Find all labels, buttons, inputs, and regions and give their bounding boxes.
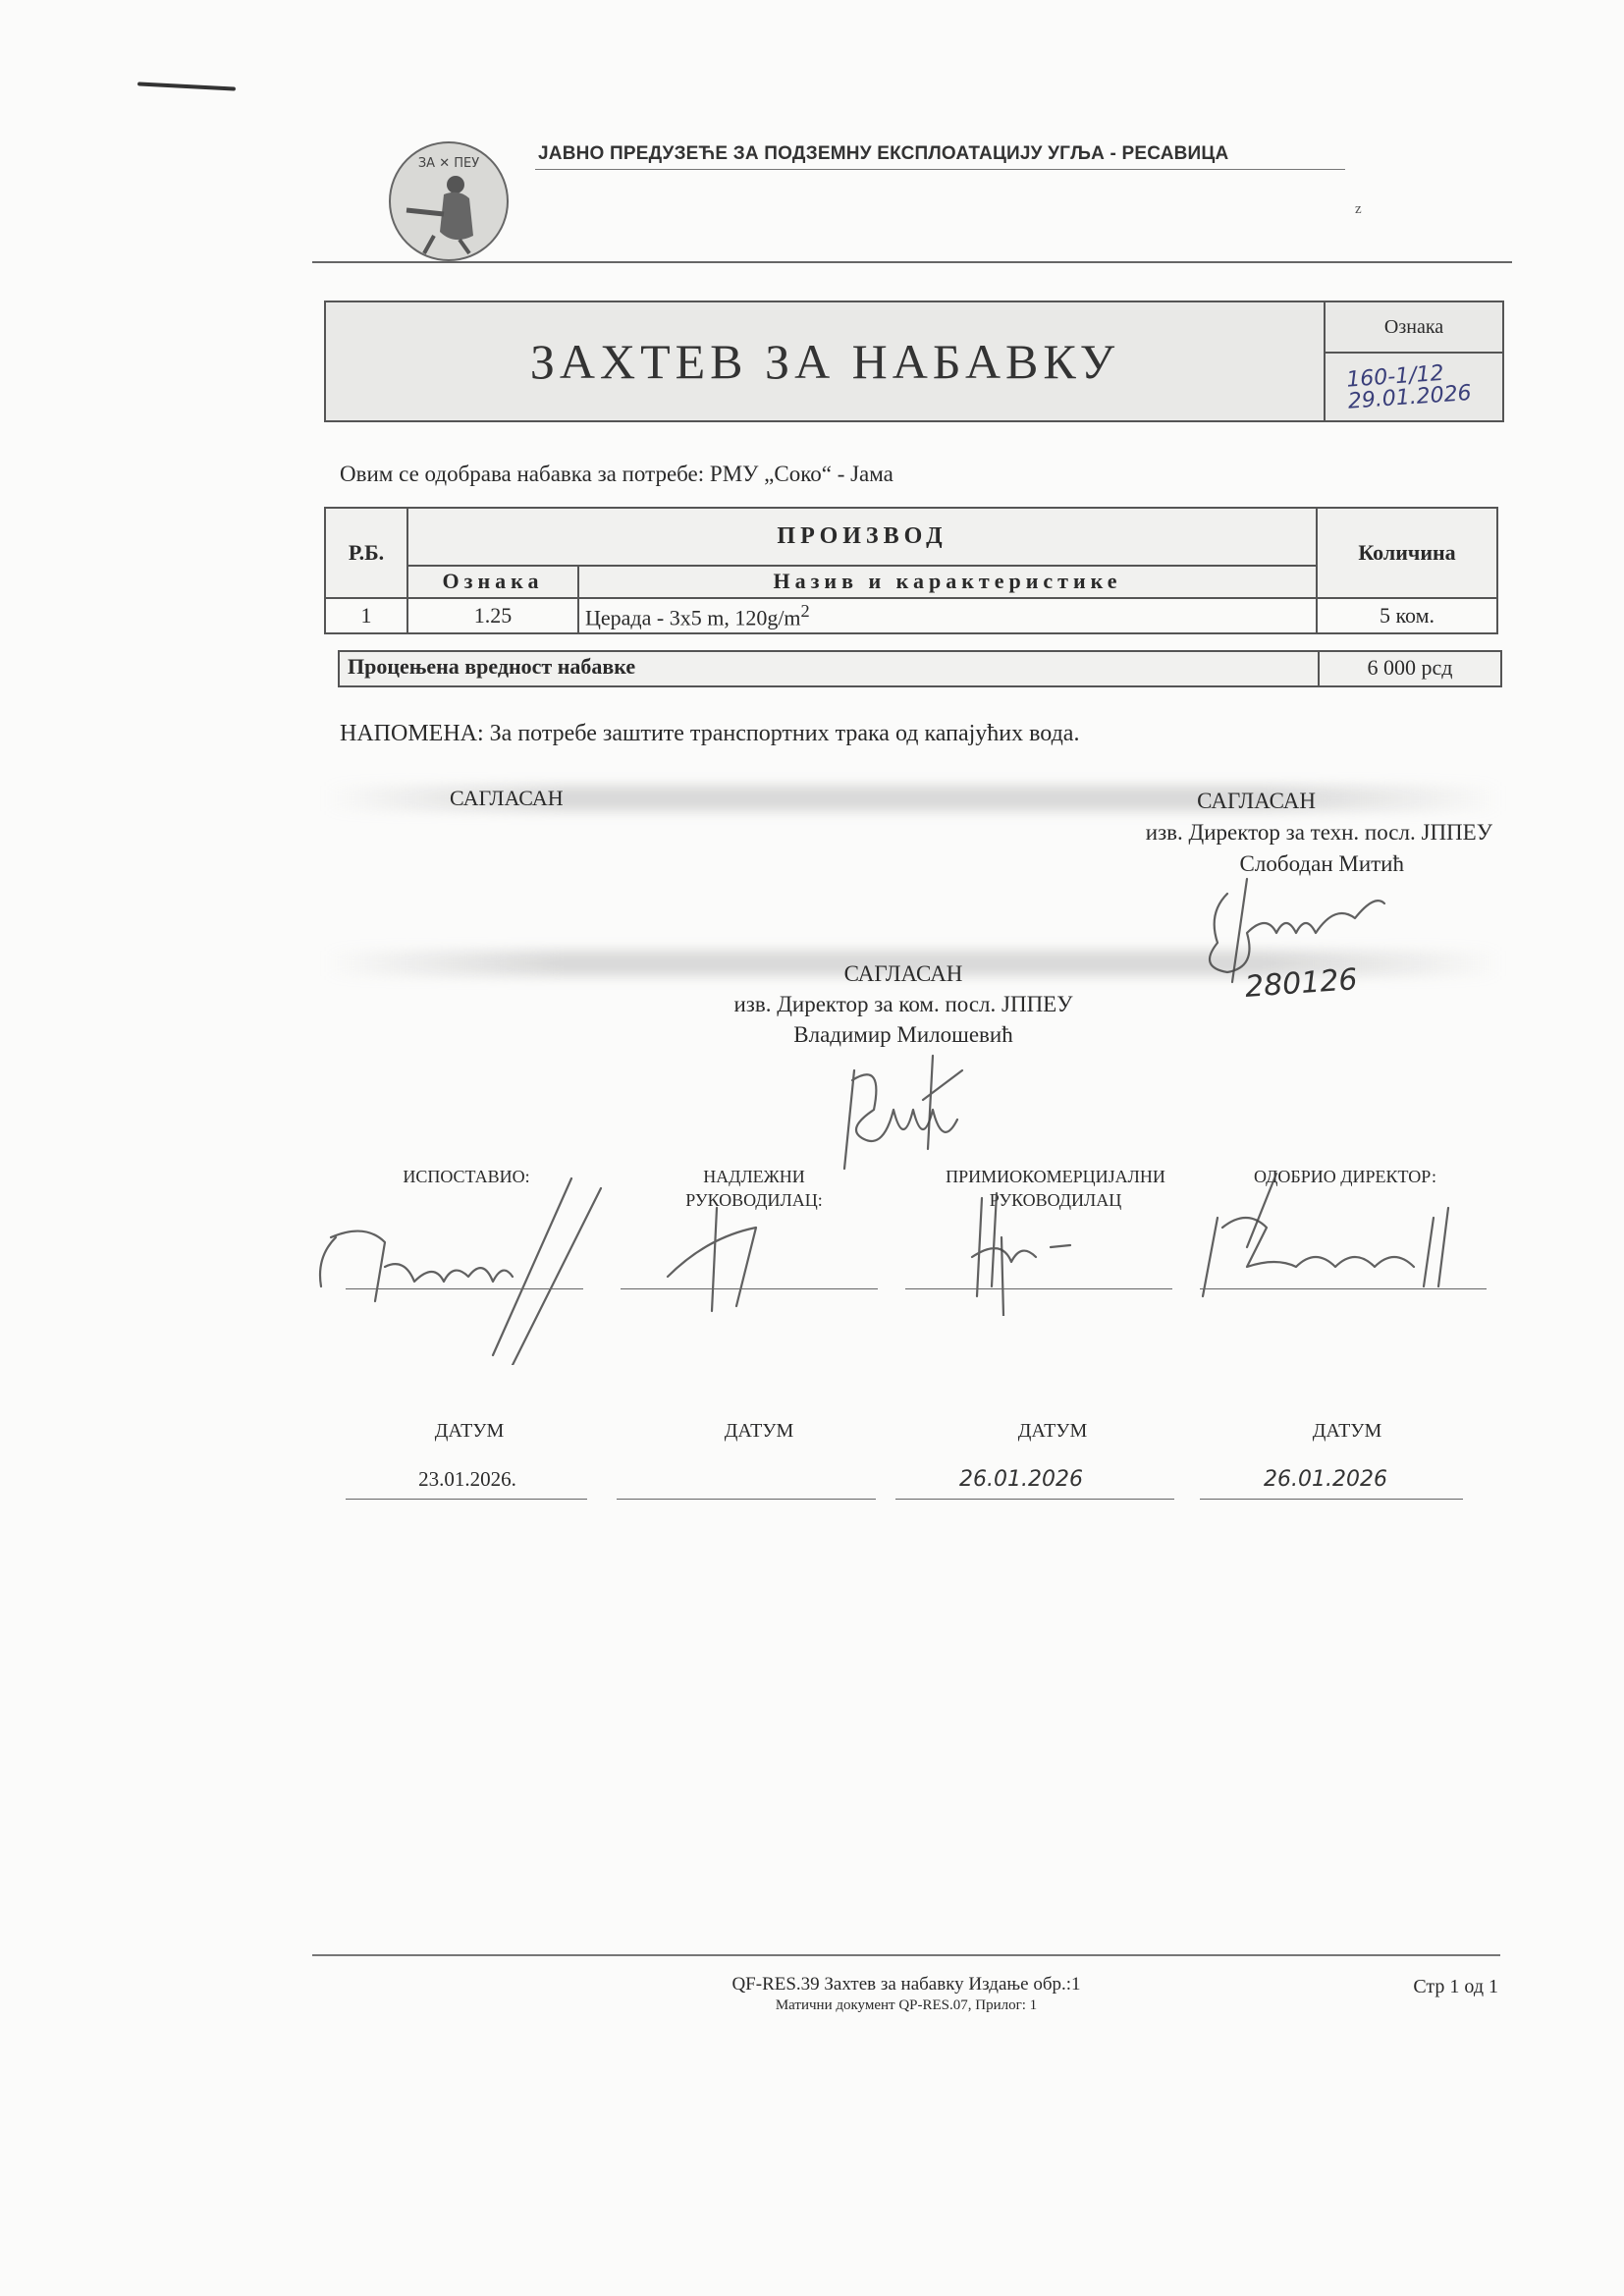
table-row: 1 1.25 Церада - 3x5 m, 120g/m2 5 ком.: [325, 598, 1497, 633]
cell-rb: 1: [325, 598, 407, 633]
col-rb: Р.Б.: [325, 508, 407, 598]
signature-line: [346, 1288, 583, 1289]
signature-line: [621, 1288, 878, 1289]
reference-handwritten: 160-1/12 29.01.2026: [1324, 348, 1504, 426]
estimated-value-label: Процењена вредност набавке: [340, 652, 1318, 685]
agreement-technical-title: изв. Директор за техн. посл. ЈППЕУ: [1001, 817, 1492, 848]
cell-name-superscript: 2: [801, 601, 810, 621]
footer-divider: [312, 1954, 1500, 1956]
signature-commercial-director: [835, 1051, 1031, 1178]
date-line: [346, 1499, 587, 1500]
date-commercial: 26.01.2026: [903, 1467, 1139, 1492]
col-code: Ознака: [407, 566, 578, 598]
date-line: [617, 1499, 876, 1500]
signature-approved-director: [1188, 1169, 1483, 1316]
signature-line: [905, 1288, 1172, 1289]
agreement-commercial: САГЛАСАН изв. Директор за ком. посл. ЈПП…: [628, 958, 1178, 1050]
stray-mark: z: [1355, 201, 1362, 218]
reference-cell: Ознака 160-1/12 29.01.2026: [1326, 302, 1502, 420]
date-approved: 26.01.2026: [1208, 1467, 1443, 1492]
scan-artifact-line: [137, 82, 236, 90]
agreement-commercial-label: САГЛАСАН: [628, 958, 1178, 989]
product-table: Р.Б. ПРОИЗВОД Количина Ознака Назив и ка…: [324, 507, 1498, 634]
signature-commercial-manager: [943, 1178, 1139, 1316]
date-line: [895, 1499, 1174, 1500]
note: НАПОМЕНА: За потребе заштите транспортни…: [340, 721, 1079, 747]
agreement-technical: САГЛАСАН изв. Директор за техн. посл. ЈП…: [1001, 786, 1492, 880]
agreement-commercial-name: Владимир Милошевић: [628, 1019, 1178, 1050]
company-name: ЈАВНО ПРЕДУЗЕЋЕ ЗА ПОДЗЕМНУ ЕКСПЛОАТАЦИЈ…: [538, 143, 1228, 165]
date-label: ДАТУМ: [371, 1420, 568, 1443]
table-header-row: Р.Б. ПРОИЗВОД Количина: [325, 508, 1497, 566]
col-quantity: Количина: [1317, 508, 1497, 598]
footer-parent-document: Матични документ QP-RES.07, Прилог: 1: [312, 1997, 1500, 2014]
signature-issued-by: [306, 1169, 630, 1365]
col-name: Назив и карактеристике: [578, 566, 1317, 598]
signature-responsible-manager: [648, 1198, 795, 1316]
approval-statement: Овим се одобрава набавка за потребе: РМУ…: [340, 462, 893, 487]
signature-line: [1200, 1288, 1487, 1289]
date-label: ДАТУМ: [1249, 1420, 1445, 1443]
document-title: ЗАХТЕВ ЗА НАБАВКУ: [326, 302, 1326, 420]
estimated-value-row: Процењена вредност набавке 6 000 рсд: [338, 650, 1502, 687]
footer-form-id: QF-RES.39 Захтев за набавку Издање обр.:…: [312, 1974, 1500, 1995]
title-box: ЗАХТЕВ ЗА НАБАВКУ Ознака 160-1/12 29.01.…: [324, 301, 1504, 422]
reference-label: Ознака: [1326, 302, 1502, 354]
cell-quantity: 5 ком.: [1317, 598, 1497, 633]
company-underline: [535, 169, 1345, 170]
agreement-left-label: САГЛАСАН: [450, 786, 564, 811]
cell-name-text: Церада - 3x5 m, 120g/m: [585, 605, 801, 629]
page-number: Стр 1 од 1: [1413, 1976, 1498, 1998]
date-issued: 23.01.2026.: [350, 1467, 585, 1492]
cell-name: Церада - 3x5 m, 120g/m2: [578, 598, 1317, 633]
date-label: ДАТУМ: [661, 1420, 857, 1443]
miner-emblem-icon: ЗА ✕ ПЕУ: [385, 137, 513, 265]
date-line: [1200, 1499, 1463, 1500]
date-label: ДАТУМ: [954, 1420, 1151, 1443]
agreement-technical-label: САГЛАСАН: [1001, 786, 1492, 817]
col-product: ПРОИЗВОД: [407, 508, 1317, 566]
agreement-commercial-title: изв. Директор за ком. посл. ЈППЕУ: [628, 989, 1178, 1019]
estimated-value: 6 000 рсд: [1318, 652, 1500, 685]
header-divider: [312, 261, 1512, 263]
svg-text:ЗА ✕ ПЕУ: ЗА ✕ ПЕУ: [418, 156, 479, 171]
cell-code: 1.25: [407, 598, 578, 633]
